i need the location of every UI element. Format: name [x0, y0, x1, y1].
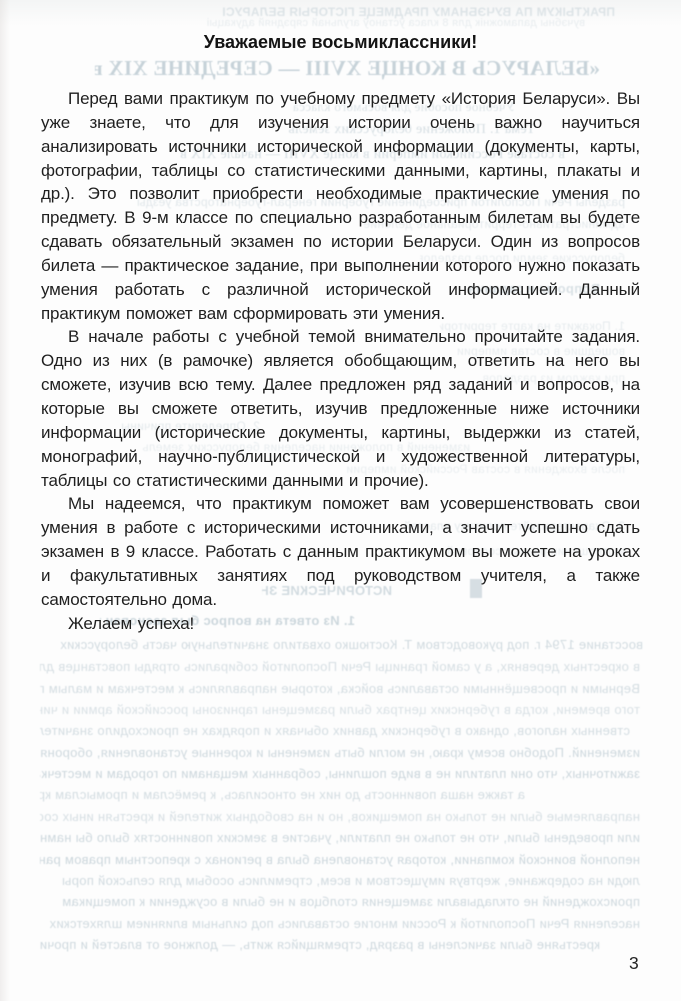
book-page: ПРАКТЫКУМ ПА ВУЧЭБНАМУ ПРАДМЕЦЕ ГІСТОРЫЯ…: [0, 0, 681, 1001]
page-title: Уважаемые восьмиклассники!: [41, 30, 640, 54]
page-content: Уважаемые восьмиклассники! Перед вами пр…: [0, 0, 681, 1001]
intro-paragraph-1: Перед вами практикум по учебному предмет…: [41, 87, 640, 325]
intro-paragraph-4: Желаем успеха!: [41, 612, 640, 636]
intro-paragraph-2: В начале работы с учебной темой внимател…: [41, 325, 640, 492]
intro-text: Перед вами практикум по учебному предмет…: [41, 87, 640, 635]
page-number: 3: [629, 953, 639, 974]
intro-paragraph-3: Мы надеемся, что практикум поможет вам у…: [41, 492, 640, 611]
